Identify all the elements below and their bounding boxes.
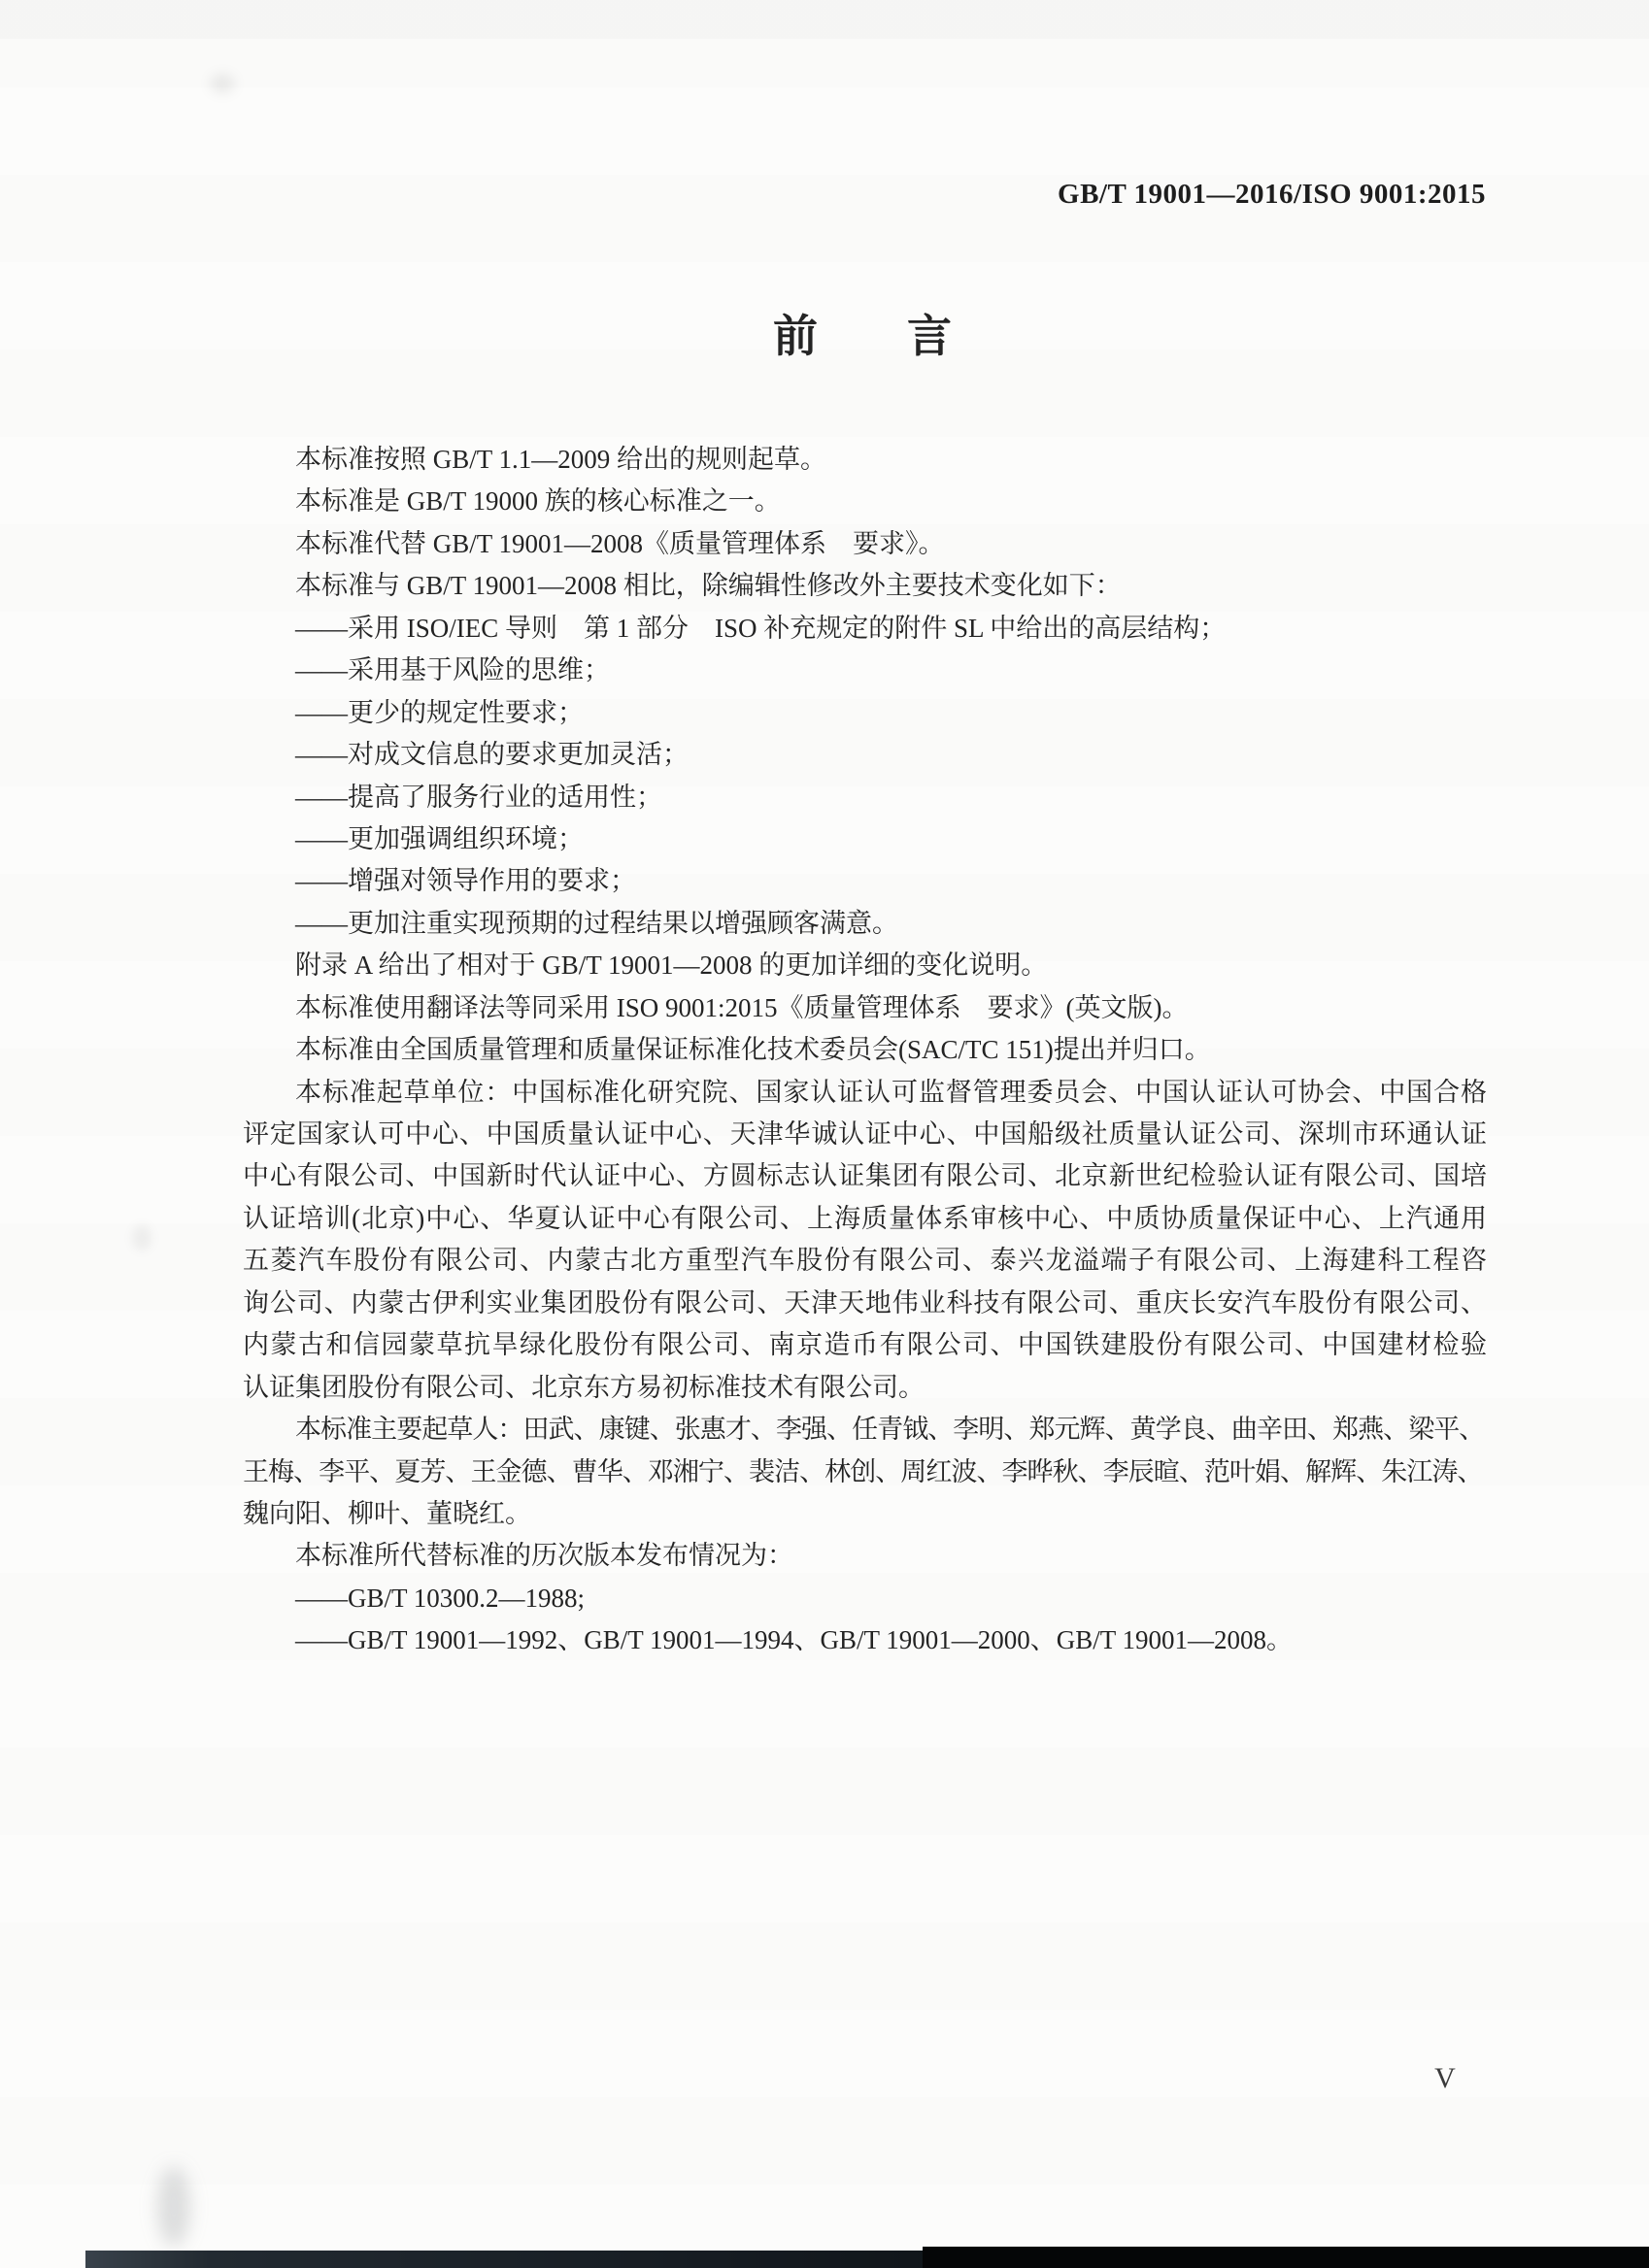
page-title: 前 言 xyxy=(0,301,1649,365)
text-line: ——采用 ISO/IEC 导则 第 1 部分 ISO 补充规定的附件 SL 中给… xyxy=(243,608,1487,650)
scan-smudge xyxy=(132,1225,151,1251)
text-line: 本标准与 GB/T 19001—2008 相比，除编辑性修改外主要技术变化如下： xyxy=(243,565,1487,607)
text-line: 本标准主要起草人：田武、康键、张惠才、李强、任青钺、李明、郑元辉、黄学良、曲辛田… xyxy=(243,1409,1487,1451)
page-number: V xyxy=(1426,2062,1464,2095)
text-line: 中心有限公司、中国新时代认证中心、方圆标志认证集团有限公司、北京新世纪检验认证有… xyxy=(243,1155,1487,1197)
text-line: 认证集团股份有限公司、北京东方易初标准技术有限公司。 xyxy=(243,1367,1487,1409)
scanned-document-page: GB/T 19001—2016/ISO 9001:2015 前 言 本标准按照 … xyxy=(0,0,1649,2268)
text-line: 附录 A 给出了相对于 GB/T 19001—2008 的更加详细的变化说明。 xyxy=(243,945,1487,986)
text-line: ——GB/T 19001—1992、GB/T 19001—1994、GB/T 1… xyxy=(243,1619,1487,1661)
text-line: 五菱汽车股份有限公司、内蒙古北方重型汽车股份有限公司、泰兴龙溢端子有限公司、上海… xyxy=(243,1240,1487,1282)
text-line: ——提高了服务行业的适用性； xyxy=(243,777,1487,818)
text-line: 本标准所代替标准的历次版本发布情况为： xyxy=(243,1535,1487,1577)
text-line: 认证培训(北京)中心、华夏认证中心有限公司、上海质量体系审核中心、中质协质量保证… xyxy=(243,1198,1487,1240)
text-line: 内蒙古和信园蒙草抗旱绿化股份有限公司、南京造币有限公司、中国铁建股份有限公司、中… xyxy=(243,1324,1487,1366)
text-line: 本标准起草单位：中国标准化研究院、国家认证认可监督管理委员会、中国认证认可协会、… xyxy=(243,1072,1487,1114)
scan-smudge xyxy=(157,2167,190,2247)
text-line: 魏向阳、柳叶、董晓红。 xyxy=(243,1493,1487,1535)
text-line: ——更加注重实现预期的过程结果以增强顾客满意。 xyxy=(243,903,1487,945)
text-line: 本标准是 GB/T 19000 族的核心标准之一。 xyxy=(243,481,1487,522)
text-line: ——对成文信息的要求更加灵活； xyxy=(243,734,1487,776)
text-line: 评定国家认可中心、中国质量认证中心、天津华诚认证中心、中国船级社质量认证公司、深… xyxy=(243,1114,1487,1155)
text-line: 本标准由全国质量管理和质量保证标准化技术委员会(SAC/TC 151)提出并归口… xyxy=(243,1029,1487,1071)
foreword-body: 本标准按照 GB/T 1.1—2009 给出的规则起草。本标准是 GB/T 19… xyxy=(243,439,1487,1662)
scan-smudge xyxy=(210,74,235,93)
text-line: 询公司、内蒙古伊利实业集团股份有限公司、天津天地伟业科技有限公司、重庆长安汽车股… xyxy=(243,1283,1487,1324)
text-line: 本标准按照 GB/T 1.1—2009 给出的规则起草。 xyxy=(243,439,1487,481)
text-line: ——采用基于风险的思维； xyxy=(243,650,1487,691)
text-line: ——更加强调组织环境； xyxy=(243,818,1487,860)
text-line: 王梅、李平、夏芳、王金德、曹华、邓湘宁、裴洁、林创、周红波、李晔秋、李辰暄、范叶… xyxy=(243,1451,1487,1493)
text-line: ——更少的规定性要求； xyxy=(243,692,1487,734)
text-line: ——增强对领导作用的要求； xyxy=(243,860,1487,902)
text-line: 本标准代替 GB/T 19001—2008《质量管理体系 要求》。 xyxy=(243,523,1487,565)
text-line: 本标准使用翻译法等同采用 ISO 9001:2015《质量管理体系 要求》(英文… xyxy=(243,987,1487,1029)
scan-edge-band-dark xyxy=(923,2247,1649,2268)
standard-code-header: GB/T 19001—2016/ISO 9001:2015 xyxy=(1058,179,1486,211)
text-line: ——GB/T 10300.2—1988; xyxy=(243,1578,1487,1619)
